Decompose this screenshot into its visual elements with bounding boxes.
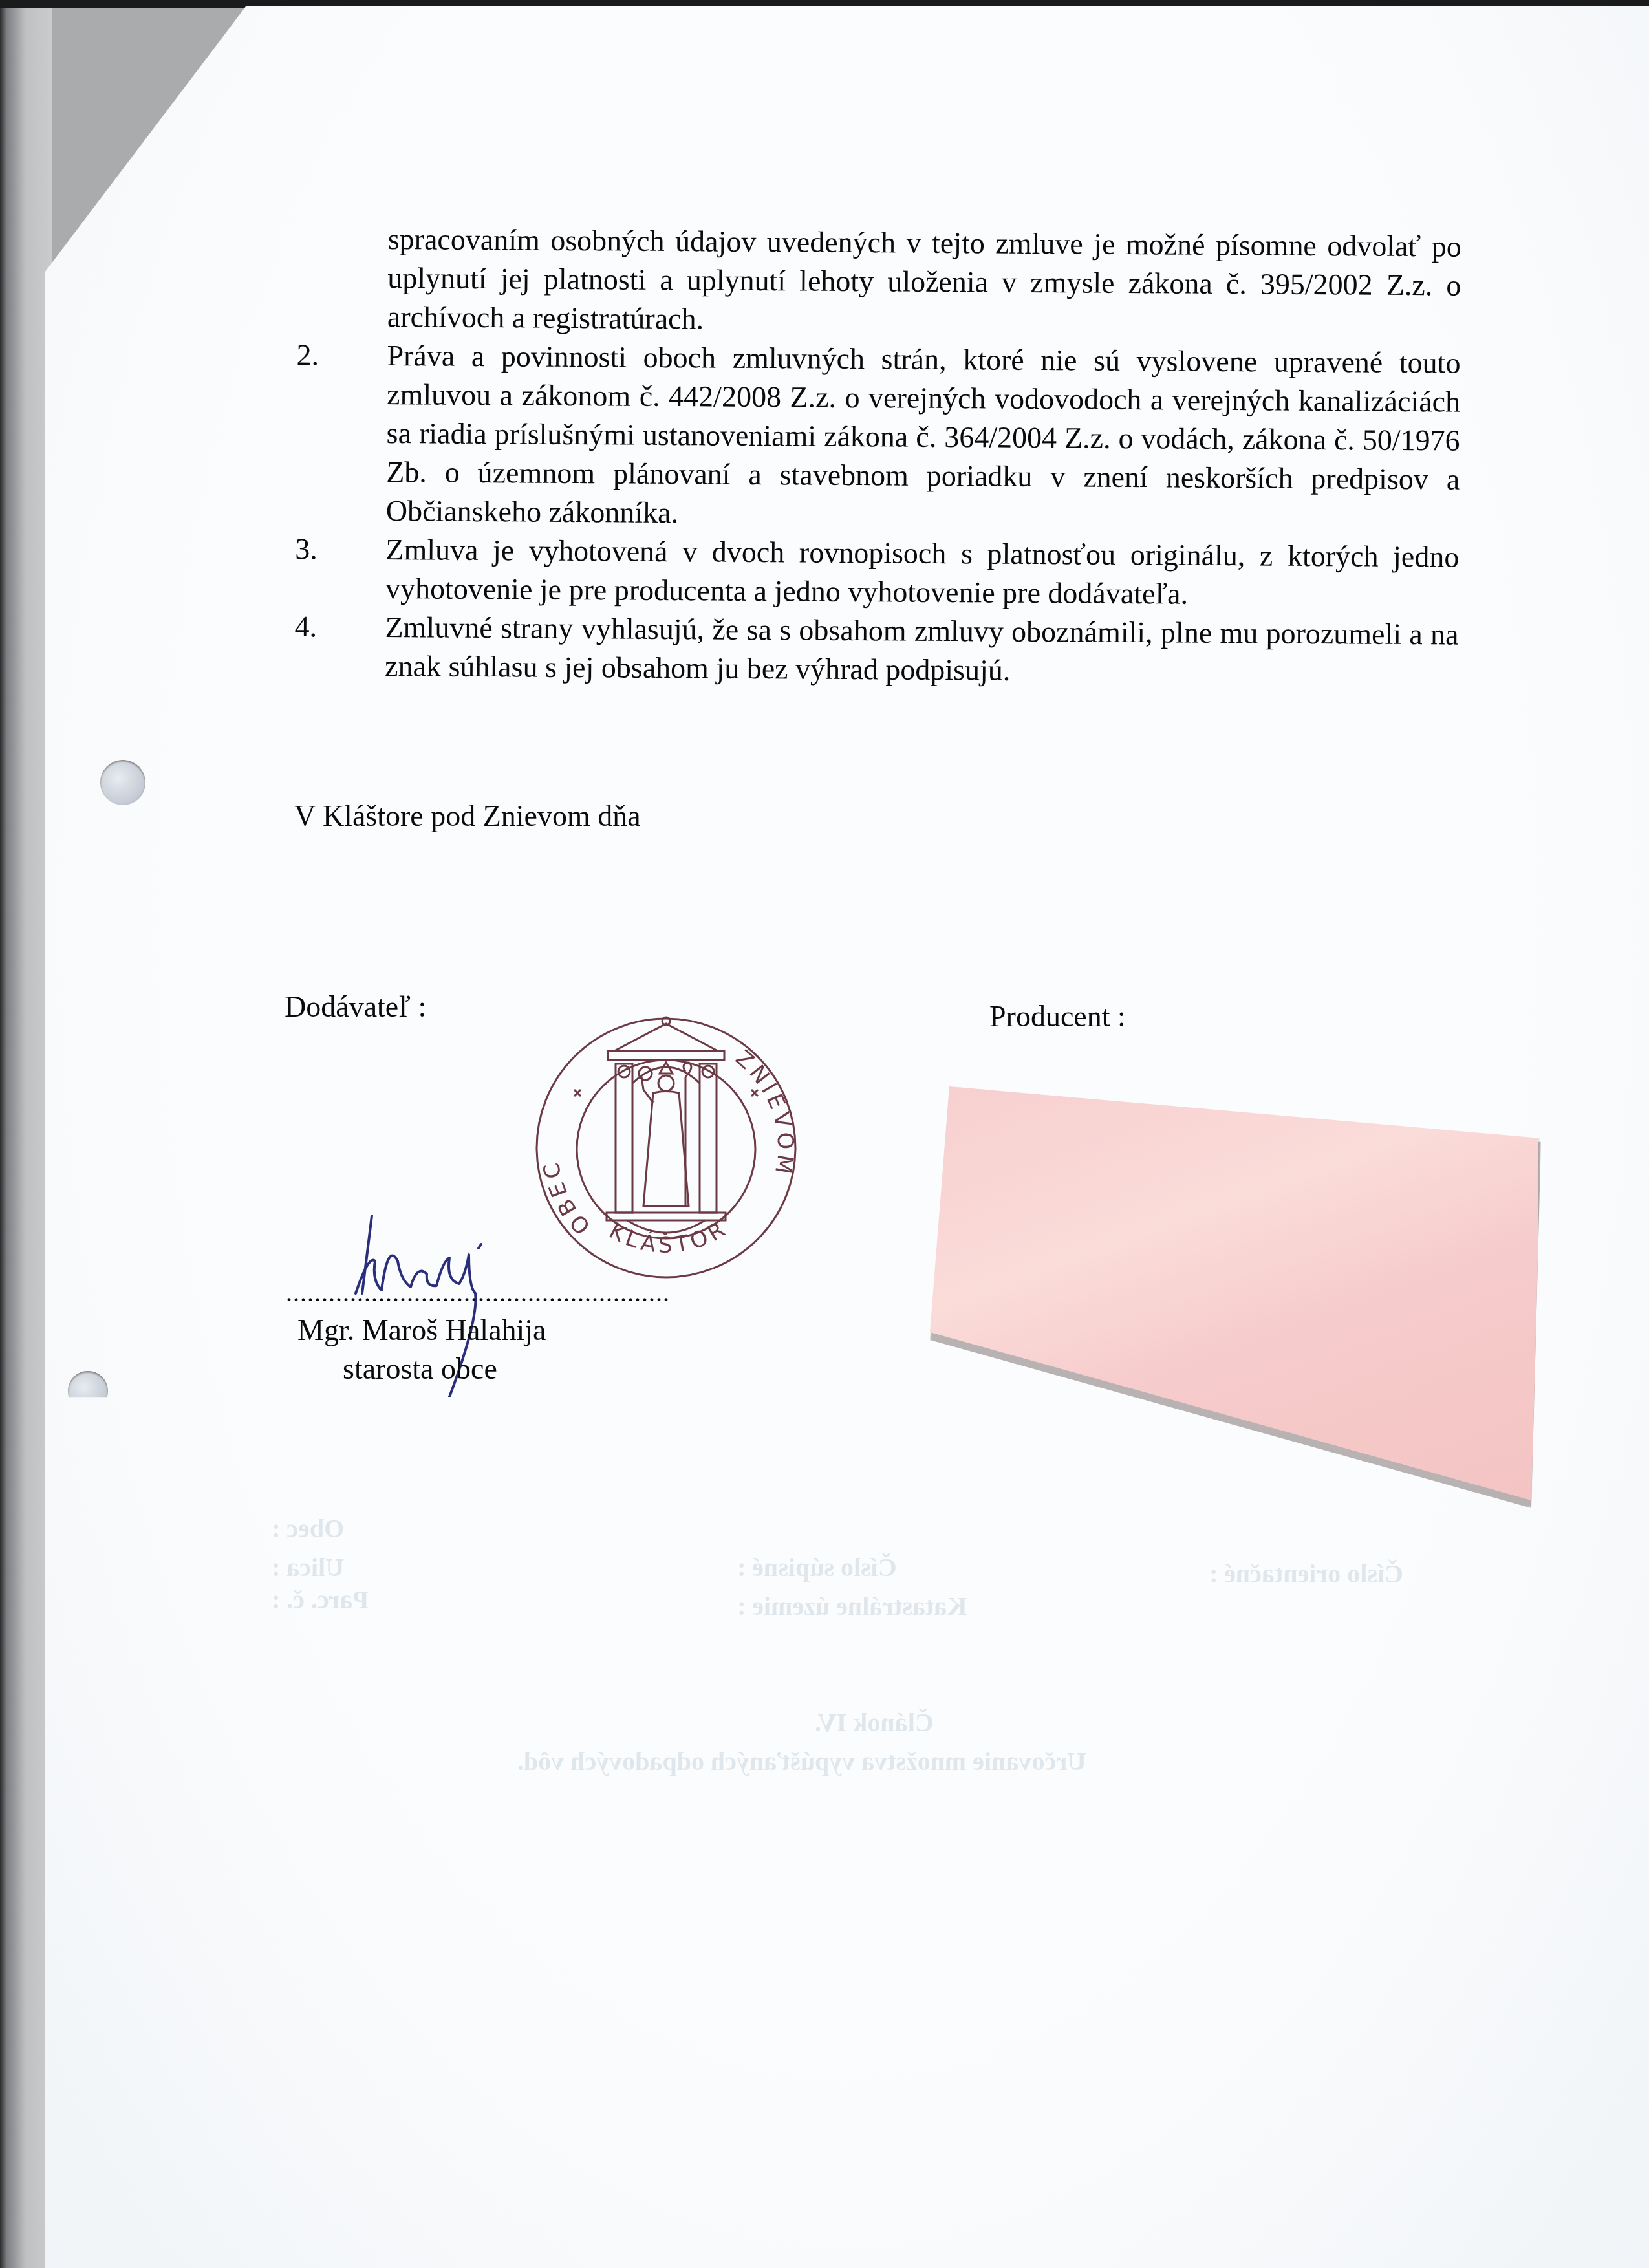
clause-number: 2.	[296, 336, 319, 374]
show-through-line: Obec :	[272, 1513, 344, 1544]
show-through-line: Ulica :	[272, 1552, 344, 1582]
producer-label: Producent :	[989, 999, 1126, 1033]
contract-clauses: spracovaním osobných údajov uvedených v …	[385, 220, 1461, 693]
clause-text: Práva a povinnosti oboch zmluvných strán…	[386, 339, 1461, 529]
scanner-bed-edge	[0, 0, 52, 2268]
show-through-heading: Článok IV.	[815, 1707, 934, 1738]
clause-text: Zmluva je vyhotovená v dvoch rovnopisoch…	[385, 533, 1460, 610]
show-through-line: Katastrálne územie :	[737, 1591, 967, 1621]
place-date-line: V Kláštore pod Znievom dňa	[294, 799, 641, 833]
svg-text:ZNIEVOM: ZNIEVOM	[730, 1045, 798, 1180]
clause-2: 2. Práva a povinnosti oboch zmluvných st…	[386, 336, 1461, 538]
show-through-line: Číslo súpisné :	[737, 1552, 897, 1582]
punch-hole-icon	[100, 760, 145, 805]
supplier-label: Dodávateľ :	[285, 989, 426, 1024]
signer-name: Mgr. Maroš Halahija	[297, 1313, 546, 1347]
municipal-seal-icon: OBEC KLÁŠTOR POD ZNIEVOM	[530, 1012, 802, 1284]
clause-number: 3.	[295, 530, 318, 568]
show-through-line: Číslo orientačné :	[1209, 1559, 1403, 1589]
show-through-subheading: Určovanie množstva vypúšťaných odpadovýc…	[517, 1746, 1086, 1777]
clause-text: Zmluvné strany vyhlasujú, že sa s obsaho…	[385, 610, 1459, 687]
signature-line: ........................................…	[286, 1277, 670, 1308]
clause-number: 4.	[294, 607, 317, 646]
show-through-line: Parc. č. :	[272, 1584, 369, 1615]
clause-3: 3. Zmluva je vyhotovená v dvoch rovnopis…	[385, 530, 1460, 616]
signer-role: starosta obce	[343, 1352, 497, 1386]
seal-text-right: ZNIEVOM	[730, 1045, 798, 1180]
clause-4: 4. Zmluvné strany vyhlasujú, že sa s obs…	[385, 608, 1459, 693]
clause-continuation: spracovaním osobných údajov uvedených v …	[387, 220, 1461, 344]
